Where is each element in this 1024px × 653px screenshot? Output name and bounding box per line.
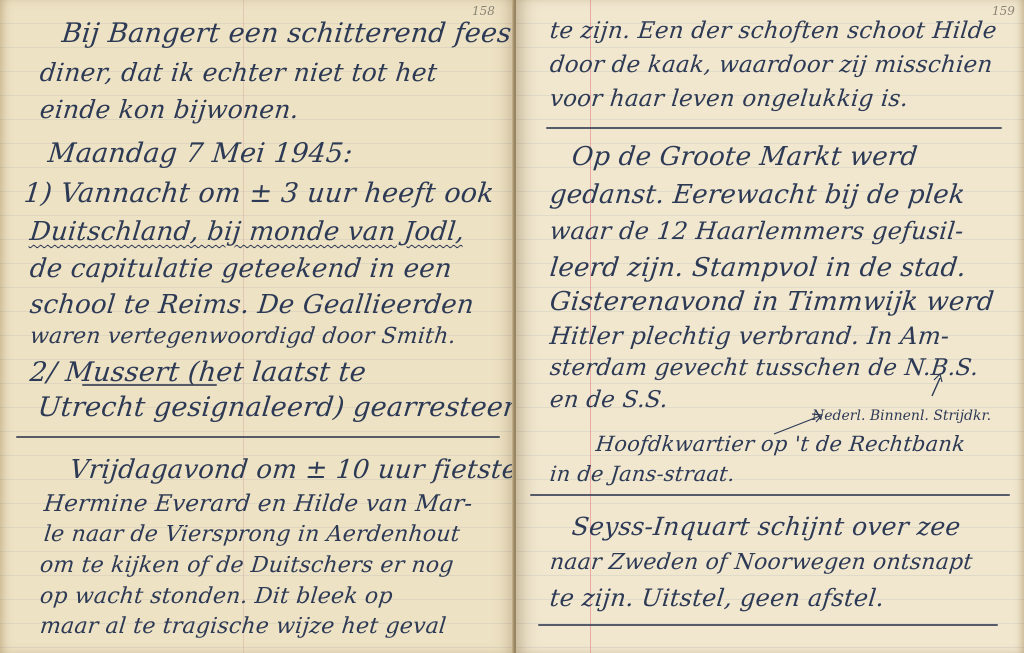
text-line: Gisterenavond in Timmwijk werd (548, 287, 995, 317)
text-line: Hitler plechtig verbrand. In Am- (549, 322, 951, 350)
text-line: om te kijken of de Duitschers er nog (39, 553, 455, 578)
text-line: de capitulatie geteekend in een (28, 254, 453, 284)
text-line: en de S.S. (549, 387, 670, 413)
arrow-icon (744, 370, 944, 440)
text-line: Seyss-Inquart schijnt over zee (570, 512, 962, 541)
margin-annotation: Nederl. Binnenl. Strijdkr. (812, 408, 991, 424)
text-line: te zijn. Een der schoften schoot Hilde (549, 18, 998, 44)
text-line: einde kon bijwonen. (38, 95, 300, 124)
text-line: te zijn. Uitstel, geen afstel. (549, 584, 886, 612)
text-line: maar al te tragische wijze het geval (39, 614, 448, 639)
text-line: waren vertegenwoordigd door Smith. (29, 324, 457, 349)
text-line: 1) Vannacht om ± 3 uur heeft ook (22, 178, 495, 209)
text-line: Utrecht gesignaleerd) gearresteerd. (36, 392, 516, 423)
section-divider (538, 624, 998, 626)
text-line: Vrijdagavond om ± 10 uur fietsten (68, 455, 516, 485)
text-line: naar Zweden of Noorwegen ontsnapt (549, 550, 974, 575)
text-line: le naar de Viersprong in Aerdenhout (43, 522, 461, 547)
entry-date: Maandag 7 Mei 1945: (46, 138, 354, 169)
text-line: school te Reims. De Geallieerden (28, 290, 475, 320)
text-line: Hermine Everard en Hilde van Mar- (43, 491, 474, 517)
text-line: voor haar leven ongelukkig is. (549, 86, 910, 112)
page-number: 159 (992, 4, 1015, 18)
text-line: in de Jans-straat. (549, 462, 736, 486)
page-number: 158 (472, 4, 495, 18)
text-line: Duitschland, bij monde van Jodl, (28, 217, 465, 247)
text-line: Op de Groote Markt werd (570, 142, 919, 172)
text-line: waar de 12 Haarlemmers gefusil- (549, 217, 965, 245)
left-page: 158 Bij Bangert een schitterend feest- d… (0, 0, 516, 653)
section-divider (16, 436, 500, 438)
text-line: door de kaak, waardoor zij misschien (549, 52, 994, 78)
text-line: gedanst. Eerewacht bij de plek (548, 180, 966, 210)
text-line: Bij Bangert een schitterend feest- (60, 18, 516, 49)
text-line: diner, dat ik echter niet tot het (38, 58, 438, 87)
section-divider (546, 127, 1002, 129)
diary-spread: 158 Bij Bangert een schitterend feest- d… (0, 0, 1024, 653)
right-page: 159 te zijn. Een der schoften schoot Hil… (516, 0, 1024, 653)
text-line: op wacht stonden. Dit bleek op (39, 584, 394, 609)
section-divider (530, 494, 1010, 496)
text-line: leerd zijn. Stampvol in de stad. (548, 253, 967, 283)
text-line: Hoofdkwartier op 't de Rechtbank (595, 432, 967, 456)
underline-mussert (82, 384, 217, 386)
